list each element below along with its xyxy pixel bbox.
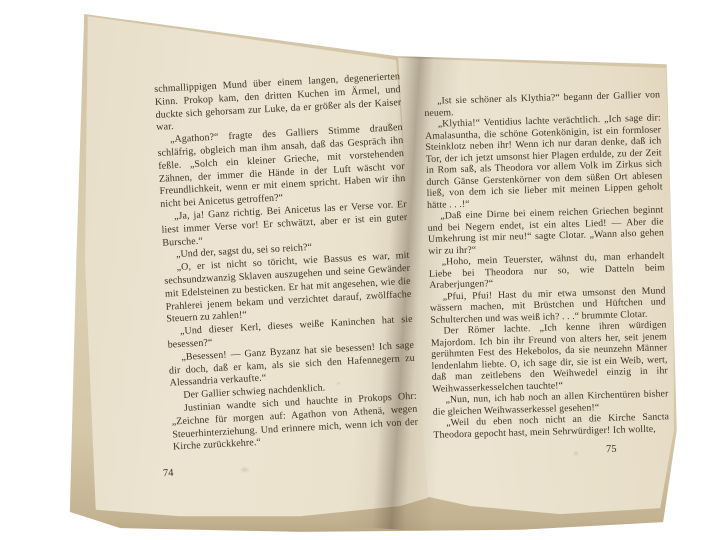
right-page-text: „Ist sie schöner als Klythia?“ begann de… xyxy=(424,89,670,440)
page-number-left: 74 xyxy=(163,468,174,480)
open-book: schmallippigen Mund über einem langen, d… xyxy=(0,0,720,540)
page-number-right: 75 xyxy=(606,444,617,455)
paragraph: „Klythia!“ Ventidius lachte verächtlich.… xyxy=(425,112,663,211)
book-photo: schmallippigen Mund über einem langen, d… xyxy=(0,0,720,540)
left-page-text: schmallippigen Mund über einem langen, d… xyxy=(154,71,419,454)
paragraph: „Agathon?“ fragte des Galliers Stimme dr… xyxy=(157,122,407,212)
paragraph: Der Römer lachte. „Ich kenne ihren würdi… xyxy=(430,319,668,395)
paragraph: „Daß eine Dirne bei einem reichen Griech… xyxy=(427,204,664,257)
